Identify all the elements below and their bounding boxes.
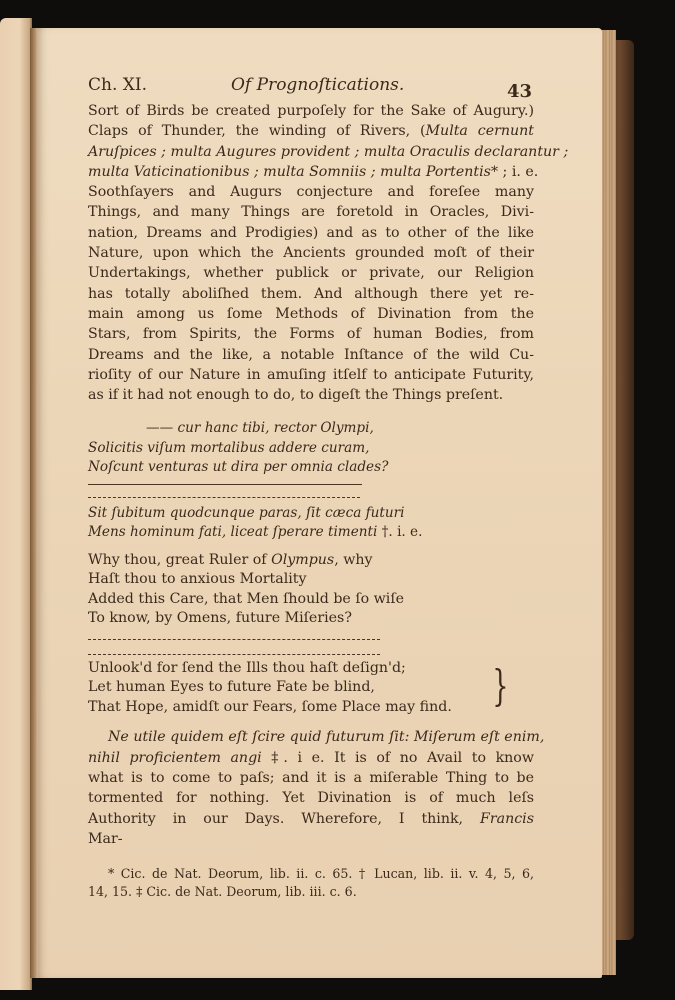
text-line: rioſity of our Nature in amuſing itſelf … (88, 365, 534, 385)
text-line: Things, and many Things are foretold in … (88, 202, 534, 222)
text-line: Authority in our Days. Wherefore, I thin… (88, 809, 534, 829)
text-line: Soothſayers and Augurs conjecture and fo… (88, 182, 534, 202)
footnote-line: 14, 15. ‡ Cic. de Nat. Deorum, lib. iii.… (88, 883, 534, 901)
text-span: Claps of Thunder, the winding of Rivers,… (88, 123, 426, 139)
page-number: 43 (507, 81, 532, 102)
text-line: what is to come to paſs; and it is a miſ… (88, 768, 534, 788)
verse-line: Sit ſubitum quodcunque paras, ſit cæca f… (88, 504, 534, 524)
italic-span: Francis (480, 811, 534, 827)
page-content: Ch. XI. Of Prognoſtications. 43 Sort of … (88, 75, 534, 901)
divider-dashed (88, 497, 360, 498)
verse-line: To know, by Omens, future Miſeries? (88, 609, 534, 629)
text-span: Why thou, great Ruler of (88, 552, 271, 568)
english-verse-2: Unlook'd for ſend the Ills thou haſt deſ… (88, 659, 534, 718)
paragraph-1: Sort of Birds be created purpoſely for t… (88, 101, 534, 405)
text-span: ‡. i e. It is of no Avail to know (262, 750, 534, 766)
text-line: Stars, from Spirits, the Forms of human … (88, 324, 534, 344)
text-line: nation, Dreams and Prodigies) and as to … (88, 223, 534, 243)
text-line: Claps of Thunder, the winding of Rivers,… (88, 121, 534, 141)
latin-verse-1: —— cur hanc tibi, rector Olympi, Solicit… (88, 419, 534, 478)
italic-span: Olympus (271, 552, 334, 568)
verse-line: Why thou, great Ruler of Olympus, why (88, 551, 534, 571)
text-line: tormented for nothing. Yet Divination is… (88, 788, 534, 808)
verse-line: Noſcunt venturas ut dira per omnia clade… (88, 458, 534, 478)
verse-line: Added this Care, that Men ſhould be ſo w… (88, 590, 534, 610)
text-line: Undertakings, whether publick or private… (88, 263, 534, 283)
text-line: Nature, upon which the Ancients grounded… (88, 243, 534, 263)
verse-line: Haſt thou to anxious Mortality (88, 570, 534, 590)
paragraph-2: Ne utile quidem eſt ſcire quid futurum ſ… (88, 727, 534, 849)
text-line: as if it had not enough to do, to digeſt… (88, 385, 534, 405)
verse-line: Solicitis viſum mortalibus addere curam, (88, 439, 534, 459)
footnote-line: * Cic. de Nat. Deorum, lib. ii. c. 65. †… (88, 865, 534, 883)
verse-line: That Hope, amidſt our Fears, ſome Place … (88, 698, 534, 718)
text-line: has totally aboliſhed them. And although… (88, 284, 534, 304)
catchword: Mar- (88, 829, 534, 849)
text-span: Authority in our Days. Wherefore, I thin… (88, 811, 480, 827)
verse-line: Mens hominum fati, liceat ſperare timent… (88, 523, 534, 543)
left-page-edge (0, 18, 32, 990)
text-line: Dreams and the like, a notable Inſtance … (88, 345, 534, 365)
latin-span: nihil proficientem angi (88, 750, 262, 766)
text-line: main among us ſome Methods of Divination… (88, 304, 534, 324)
divider-rule (88, 484, 362, 485)
book-photo: Ch. XI. Of Prognoſtications. 43 Sort of … (0, 0, 675, 1000)
chapter-title: Of Prognoſtications. (231, 75, 404, 95)
footnote-ref: †. i. e. (377, 524, 422, 540)
latin-span: Multa cernunt (426, 123, 534, 139)
latin-verse-2: Sit ſubitum quodcunque paras, ſit cæca f… (88, 504, 534, 543)
divider-dashed (88, 639, 380, 640)
text-line: nihil proficientem angi ‡. i e. It is of… (88, 748, 534, 768)
text-line: Ne utile quidem eſt ſcire quid futurum ſ… (88, 727, 534, 747)
footnote-ref: * ; i. e. (491, 164, 538, 180)
gutter-shadow (30, 28, 38, 978)
text-line: multa Vaticinationibus ; multa Somniis ;… (88, 162, 534, 182)
verse-line: Unlook'd for ſend the Ills thou haſt deſ… (88, 659, 534, 679)
latin-span: Mens hominum fati, liceat ſperare timent… (88, 524, 377, 540)
divider-dashed (88, 654, 380, 655)
text-span: , why (334, 552, 372, 568)
latin-span: multa Vaticinationibus ; multa Somniis ;… (88, 164, 491, 180)
chapter-label: Ch. XI. (88, 75, 147, 95)
brace-icon: } (493, 665, 509, 707)
footnotes: * Cic. de Nat. Deorum, lib. ii. c. 65. †… (88, 865, 534, 901)
verse-line: Let human Eyes to future Fate be blind, (88, 678, 534, 698)
running-head: Ch. XI. Of Prognoſtications. 43 (88, 75, 534, 101)
verse-line: —— cur hanc tibi, rector Olympi, (88, 419, 534, 439)
text-line: Aruſpices ; multa Augures provident ; mu… (88, 142, 534, 162)
text-line: Sort of Birds be created purpoſely for t… (88, 101, 534, 121)
right-page: Ch. XI. Of Prognoſtications. 43 Sort of … (36, 28, 602, 978)
english-verse-1: Why thou, great Ruler of Olympus, why Ha… (88, 551, 534, 629)
